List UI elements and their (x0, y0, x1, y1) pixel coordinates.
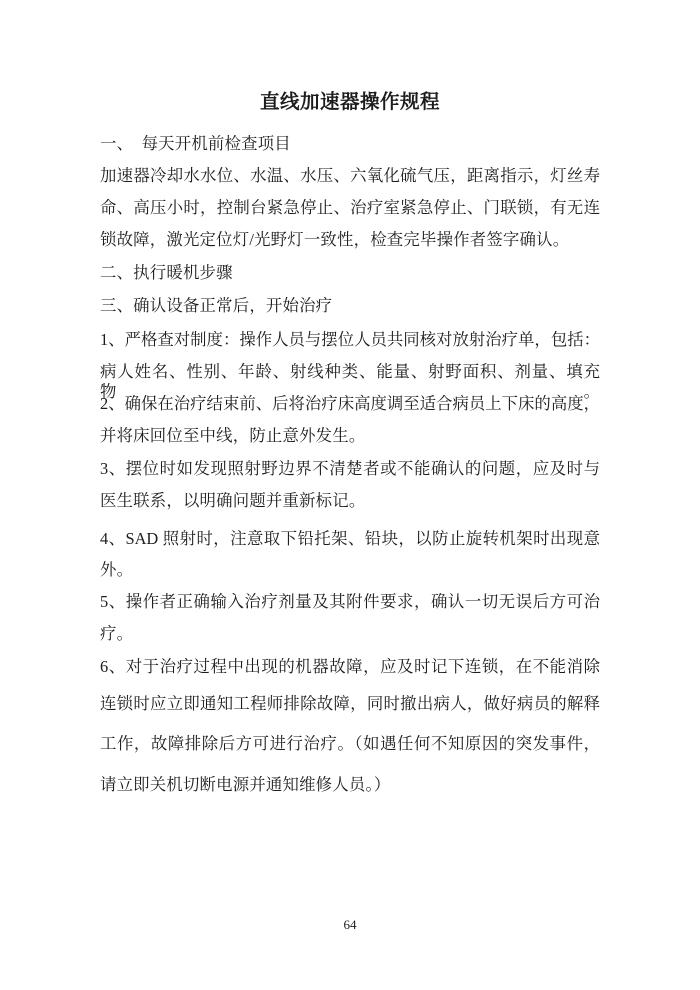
text-line-item-6: 6、对于治疗过程中出现的机器故障，应及时记下连锁，在不能消除 (100, 657, 600, 677)
text-line: 连锁时应立即通知工程师排除故障，同时撤出病人，做好病员的解释 (100, 694, 600, 714)
text-line-item-4: 4、SAD 照射时，注意取下铅托架、铅块，以防止旋转机架时出现意 (100, 529, 600, 549)
text-line: 请立即关机切断电源并通知维修人员。） (100, 775, 600, 795)
page-number: 64 (0, 917, 700, 932)
text-line: 疗。 (100, 624, 600, 644)
text-line-heading-3: 三、确认设备正常后，开始治疗 (100, 296, 600, 316)
text-line: 工作，故障排除后方可进行治疗。（如遇任何不知原因的突发事件， (100, 734, 600, 754)
document-title: 直线加速器操作规程 (0, 91, 700, 115)
text-line-item-3: 3、摆位时如发现照射野边界不清楚者或不能确认的问题，应及时与 (100, 459, 600, 479)
text-line: 医生联系，以明确问题并重新标记。 (100, 491, 600, 511)
text-line: 并将床回位至中线，防止意外发生。 (100, 426, 600, 446)
text-line-heading-2: 二、执行暖机步骤 (100, 263, 600, 283)
text-line-item-2: 2、确保在治疗结束前、后将治疗床高度调至适合病员上下床的高度， (100, 394, 600, 414)
text-line: 锁故障，激光定位灯/光野灯一致性，检查完毕操作者签字确认。 (100, 230, 600, 250)
text-line: 命、高压小时，控制台紧急停止、治疗室紧急停止、门联锁，有无连 (100, 198, 600, 218)
text-line-item-1: 1、严格查对制度：操作人员与摆位人员共同核对放射治疗单，包括： (100, 330, 600, 350)
text-line-item-5: 5、操作者正确输入治疗剂量及其附件要求，确认一切无误后方可治 (100, 592, 600, 612)
document-page: 直线加速器操作规程 一、 每天开机前检查项目 加速器冷却水水位、水温、水压、六氧… (0, 0, 700, 990)
text-line: 外。 (100, 560, 600, 580)
text-line: 加速器冷却水水位、水温、水压、六氧化硫气压，距离指示，灯丝寿 (100, 166, 600, 186)
text-line-heading-1: 一、 每天开机前检查项目 (100, 134, 600, 154)
